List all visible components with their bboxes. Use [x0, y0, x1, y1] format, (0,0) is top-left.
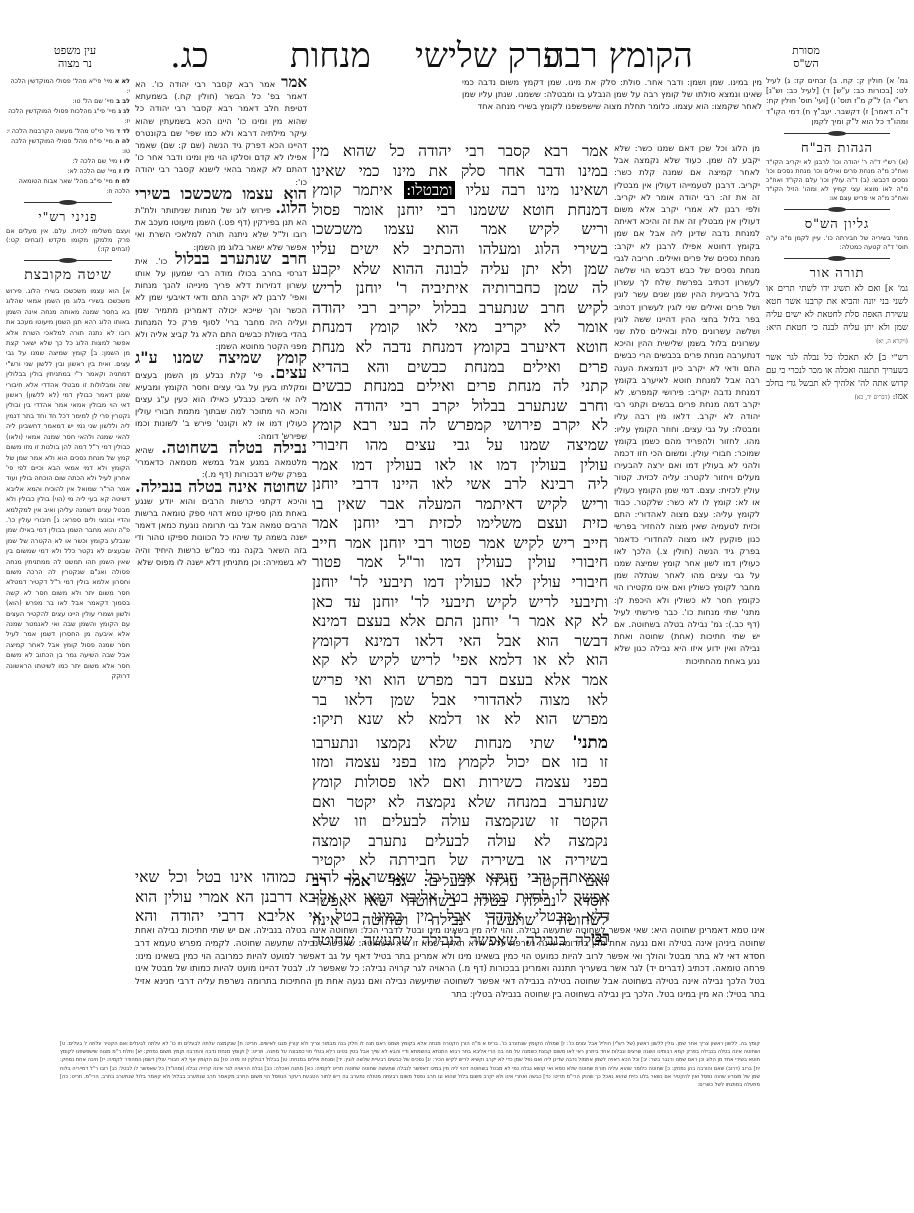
torah-or-verse-2: רש"י ב] לא תאכלו כל נבלה לגר אשר בשעריך …	[766, 352, 908, 404]
mesoret-hashas-entries: גמ' א) חולין ק: קח. ב) זבחים קז: ג) לעיל…	[766, 76, 908, 127]
gemara-line: בשירי הלוג ומעלהו והכתיב לא ישים עליו	[312, 240, 608, 260]
entry-text: מיי' פי"ג מהלכות פסולי המוקדשין הלכה יז:	[8, 107, 130, 125]
gemara-line: חייב ריש לקיש אמר פטור רבי יוחנן אמר חיי…	[312, 534, 608, 554]
entry-mark: לו ו	[117, 157, 130, 165]
ornament-divider	[784, 133, 890, 134]
entry-text: מיי' פי"ט מהל' מעשה הקרבנות הלכה י:	[6, 127, 114, 135]
penei-rashi-title: פניני רש"י	[6, 209, 130, 225]
gemara-wide-line: דלא מבטלי אהדדי אבל מין במינו בטל אי אלי…	[135, 907, 610, 927]
gemara-line: קתני לה מנחת פרים ואילים במנחת כבשים	[312, 377, 608, 397]
ein-mishpat-entry: לז ז מיי' שם הלכה לא:	[6, 166, 130, 176]
left-outer-column: לא א מיי' פי"א מהל' פסולי המוקדשין הלכה …	[6, 76, 130, 1036]
mishna-line: הקטר זו שנקמצה עולה לבעלים וזו שלא	[312, 812, 608, 832]
torah-or-title: תורה אור	[766, 265, 908, 281]
rashi-top-block: מין במינו. שמן ושמן: ודבר אחר. סולת: סלק…	[462, 76, 762, 138]
mishna-line: בפני עצמה כשירות ואם לאו פסולות קומץ	[312, 773, 608, 793]
entry-mark: לא א	[112, 77, 130, 85]
ein-mishpat-entry: לג ג מיי' פי"ג מהלכות פסולי המוקדשין הלכ…	[6, 106, 130, 126]
tosafot-dibur: אמר	[281, 76, 307, 91]
gemara-line: ליה רבינא לרב אשי לאו היינו דרבי יוחנן	[312, 475, 608, 495]
gemara-wide-line: אפשר לו להיות כמוהו בטל אליבא דמאן אי אל…	[135, 888, 610, 908]
gemara-line: חיבורי עולין לאו כעולין דמו תיבעי לר' יו…	[312, 573, 608, 593]
mesoret-label: מסורת הש"ס	[776, 44, 836, 70]
entry-mark: לב ב	[114, 97, 130, 105]
gemara-line: לה שמן כחברותיה איתיביה ר' יוחנן לריש	[312, 279, 608, 299]
tosafot-nevela: נבילה בטלה בשחוטה. שהיא מלטמאה במגע אבל …	[135, 442, 307, 481]
penei-rashi-text: ועצם משלימו לכזית. עלם. אין מעלים אם פרק…	[6, 227, 130, 254]
entry-mark: לד ד	[114, 127, 130, 135]
hagahot-habach-text: (א) רש"י ד"ה ר' יהודה וכו' לרבנן לא יקרי…	[766, 158, 908, 203]
mishna-line: שנתערב במנחה שלא נקמצה לא יקטר ואם	[312, 793, 608, 813]
tosafot-hu-atzmo: הוא עצמו משכשכו בשירי הלוג. פירוש לוג של…	[135, 188, 307, 253]
gemara-line: אומר לא יקריב מאי לאו קומץ דמנחת	[312, 318, 608, 338]
gemara-line: במינו ודבר אחר סלק את מינו כמי שאינו	[312, 162, 608, 182]
ornament-divider	[784, 209, 890, 210]
gemara-line: חיבורי עולין כעולין דמו ור"ל אמר פטור	[312, 553, 608, 573]
gemara-line: דמנחת חוטא ששמנו רבי יוחנן אומר פסול	[312, 201, 608, 221]
ein-mishpat-entry: לב ב מיי' שם הל' טו:	[6, 96, 130, 106]
gemara-wide-line: טומאתה ורבי חנינא אמר כל שאפשר לו להיות …	[135, 868, 610, 888]
entry-mark: לה ה	[113, 137, 130, 145]
highlighted-word[interactable]: ומבטלו:	[404, 181, 454, 199]
tosafot-komets: קומץ שמיצה שמנו ע"ג עצים. פי' קלת נבלע מ…	[135, 352, 307, 441]
tosafot-cherev: חרב שנתערב בבלול כו'. אית דגרסי בחרב בכו…	[135, 253, 307, 353]
gilyon-hashas-title: גליון הש"ס	[766, 216, 908, 232]
gemara-line: וריש לקיש דאיתמר המעלה אבר שאין בו	[312, 495, 608, 515]
gemara-line: מפרש הוא לא או דלמא לא שנא תיקו:	[312, 710, 608, 730]
gemara-line: לאו מצוה לאהדורי אבל שמן דלאו בר	[312, 691, 608, 711]
page-header: עין משפט נר מצוה כג. מנחות פרק שלישי הקו…	[0, 0, 914, 70]
entry-mark: לג ג	[116, 107, 130, 115]
entry-text: מיי' שם הלכה ל:	[72, 157, 117, 165]
gemara-line: הוא לא או דלמא אפי' לריש לקיש לא קא	[312, 651, 608, 671]
ornament-divider	[24, 260, 112, 261]
ornament-divider	[24, 202, 112, 203]
gilyon-hashas-text: מתני' בשיריה של חבירתה כו'. עיין לקמן מ"…	[766, 234, 908, 252]
footnotes-block: קומץ בה. ללשון ראשון צריך אחר שמן. גולין…	[60, 1040, 760, 1096]
shita-mekubetzet-title: שיטה מקובצת	[6, 267, 130, 284]
ein-mishpat-entry: לו ו מיי' שם הלכה ל:	[6, 156, 130, 166]
chapter-number: פרק שלישי	[415, 38, 560, 74]
mishna-line: נקמצה לא עולה לבעלים נתערב קומצה	[312, 832, 608, 852]
entry-mark: לז ז	[117, 167, 130, 175]
gemara-line: דבשר הוא אבל האי דלאו דמינא דקומץ	[312, 632, 608, 652]
mishna-block: מתני' שתי מנחות שלא נקמצו ונתערבו	[312, 734, 608, 754]
gemara-line: שמיצה שמנו על גבי עצים מהו חיבורי	[312, 436, 608, 456]
gemara-line: כזית ועצם משלימו לכזית רבי יוחנן אמר	[312, 514, 608, 534]
tosafot-opening: אמר אמר רבא קסבר רבי יהודה כו'. הא דאמר …	[135, 76, 307, 188]
gemara-line: שמן ולא יתן עליה לבונה ההוא שלא יקבע	[312, 260, 608, 280]
tosafot-column: אמר אמר רבא קסבר רבי יהודה כו'. הא דאמר …	[135, 76, 307, 846]
ein-mishpat-entry: לח ח מיי' פי"ב מהל' שאר אבות הטומאה הלכה…	[6, 176, 130, 196]
tosafot-shechuta: שחוטה אינה בטלה בנבילה. והיכא דקתני כרשו…	[135, 481, 307, 568]
entry-text: מיי' שם הלכה לא:	[67, 167, 116, 175]
gemara-line: לקיש חרב שנתערב בבלול יקריב רבי יהודה	[312, 299, 608, 319]
gemara-line: לא יקרב פירושי קמפרש לה בעי רבא קומץ	[312, 416, 608, 436]
chapter-name: הקומץ רבה	[545, 38, 693, 74]
ein-mishpat-entry: לד ד מיי' פי"ט מהל' מעשה הקרבנות הלכה י:	[6, 126, 130, 136]
gemara-line: לא קא אמר ר' יוחנן התם אלא בעצם דמינא	[312, 612, 608, 632]
ein-mishpat-entry: לא א מיי' פי"א מהל' פסולי המוקדשין הלכה …	[6, 76, 130, 96]
gemara-line: ושאינו מינו רבה עליו ומבטלו: איתמר קומץ	[312, 181, 608, 201]
gemara-line: ותיבעי לריש לקיש תיבעי לר' יוחנן עד כאן	[312, 593, 608, 613]
gemara-line: חוטא דאיערב בקומץ דמנחת נדבה לא מנחת	[312, 338, 608, 358]
shita-mekubetzet-text: א] הוא עצמו משכשכו בשירי הלוג. פירוש משכ…	[6, 286, 130, 681]
ein-mishpat-list: לא א מיי' פי"א מהל' פסולי המוקדשין הלכה …	[6, 76, 130, 196]
gemara-line: עולין בעולין דמו או לאו בעולין דמו אמר	[312, 456, 608, 476]
gemara-lines: אמר רבא קסבר רבי יהודה כל שהוא מיןבמינו …	[312, 142, 608, 730]
entry-text: מיי' שם הל' טו:	[72, 97, 113, 105]
ein-mishpat-label: עין משפט נר מצוה	[40, 44, 110, 70]
right-outer-column: גמ' א) חולין ק: קח. ב) זבחים קז: ג) לעיל…	[766, 76, 908, 404]
gemara-line: אמר אלא בעצם דבר מפרש הוא ואי פריש	[312, 671, 608, 691]
mishna-line: זו בזו אם יכול לקמוץ מזו בפני עצמה ומזו	[312, 753, 608, 773]
folio-number: כג.	[170, 38, 209, 74]
gemara-line: פרים ואילים במנחת כבשים והא בהדיא	[312, 358, 608, 378]
entry-mark: לח ח	[113, 177, 130, 185]
gemara-main-text: אמר רבא קסבר רבי יהודה כל שהוא מיןבמינו …	[312, 142, 608, 950]
tractate-name: מנחות	[290, 38, 371, 74]
gemara-line: וריש לקיש אמר הוא עצמו משכשכו	[312, 220, 608, 240]
hagahot-habach-title: הגהות הב"ח	[766, 140, 908, 156]
rashi-bottom-block: אינו טמא דאמרינן שחוטה היא: שאי אפשר לשח…	[135, 925, 765, 1035]
ein-mishpat-entry: לה ה מיי' פי"ח מהל' פסולי המוקדשין הלכה …	[6, 136, 130, 156]
ornament-divider	[784, 258, 890, 259]
gemara-line: וחרב שנתערב בבלול יקרב רבי יהודה אומר	[312, 397, 608, 417]
gemara-line: אמר רבא קסבר רבי יהודה כל שהוא מין	[312, 142, 608, 162]
torah-or-verse-1: גמ' א] ואם לא תשיג ידו לשתי תרים או לשני…	[766, 283, 908, 348]
rashi-column: מן הלוג וכל שכן דאם שמנו כשר: שלא יקבע ל…	[614, 142, 760, 862]
